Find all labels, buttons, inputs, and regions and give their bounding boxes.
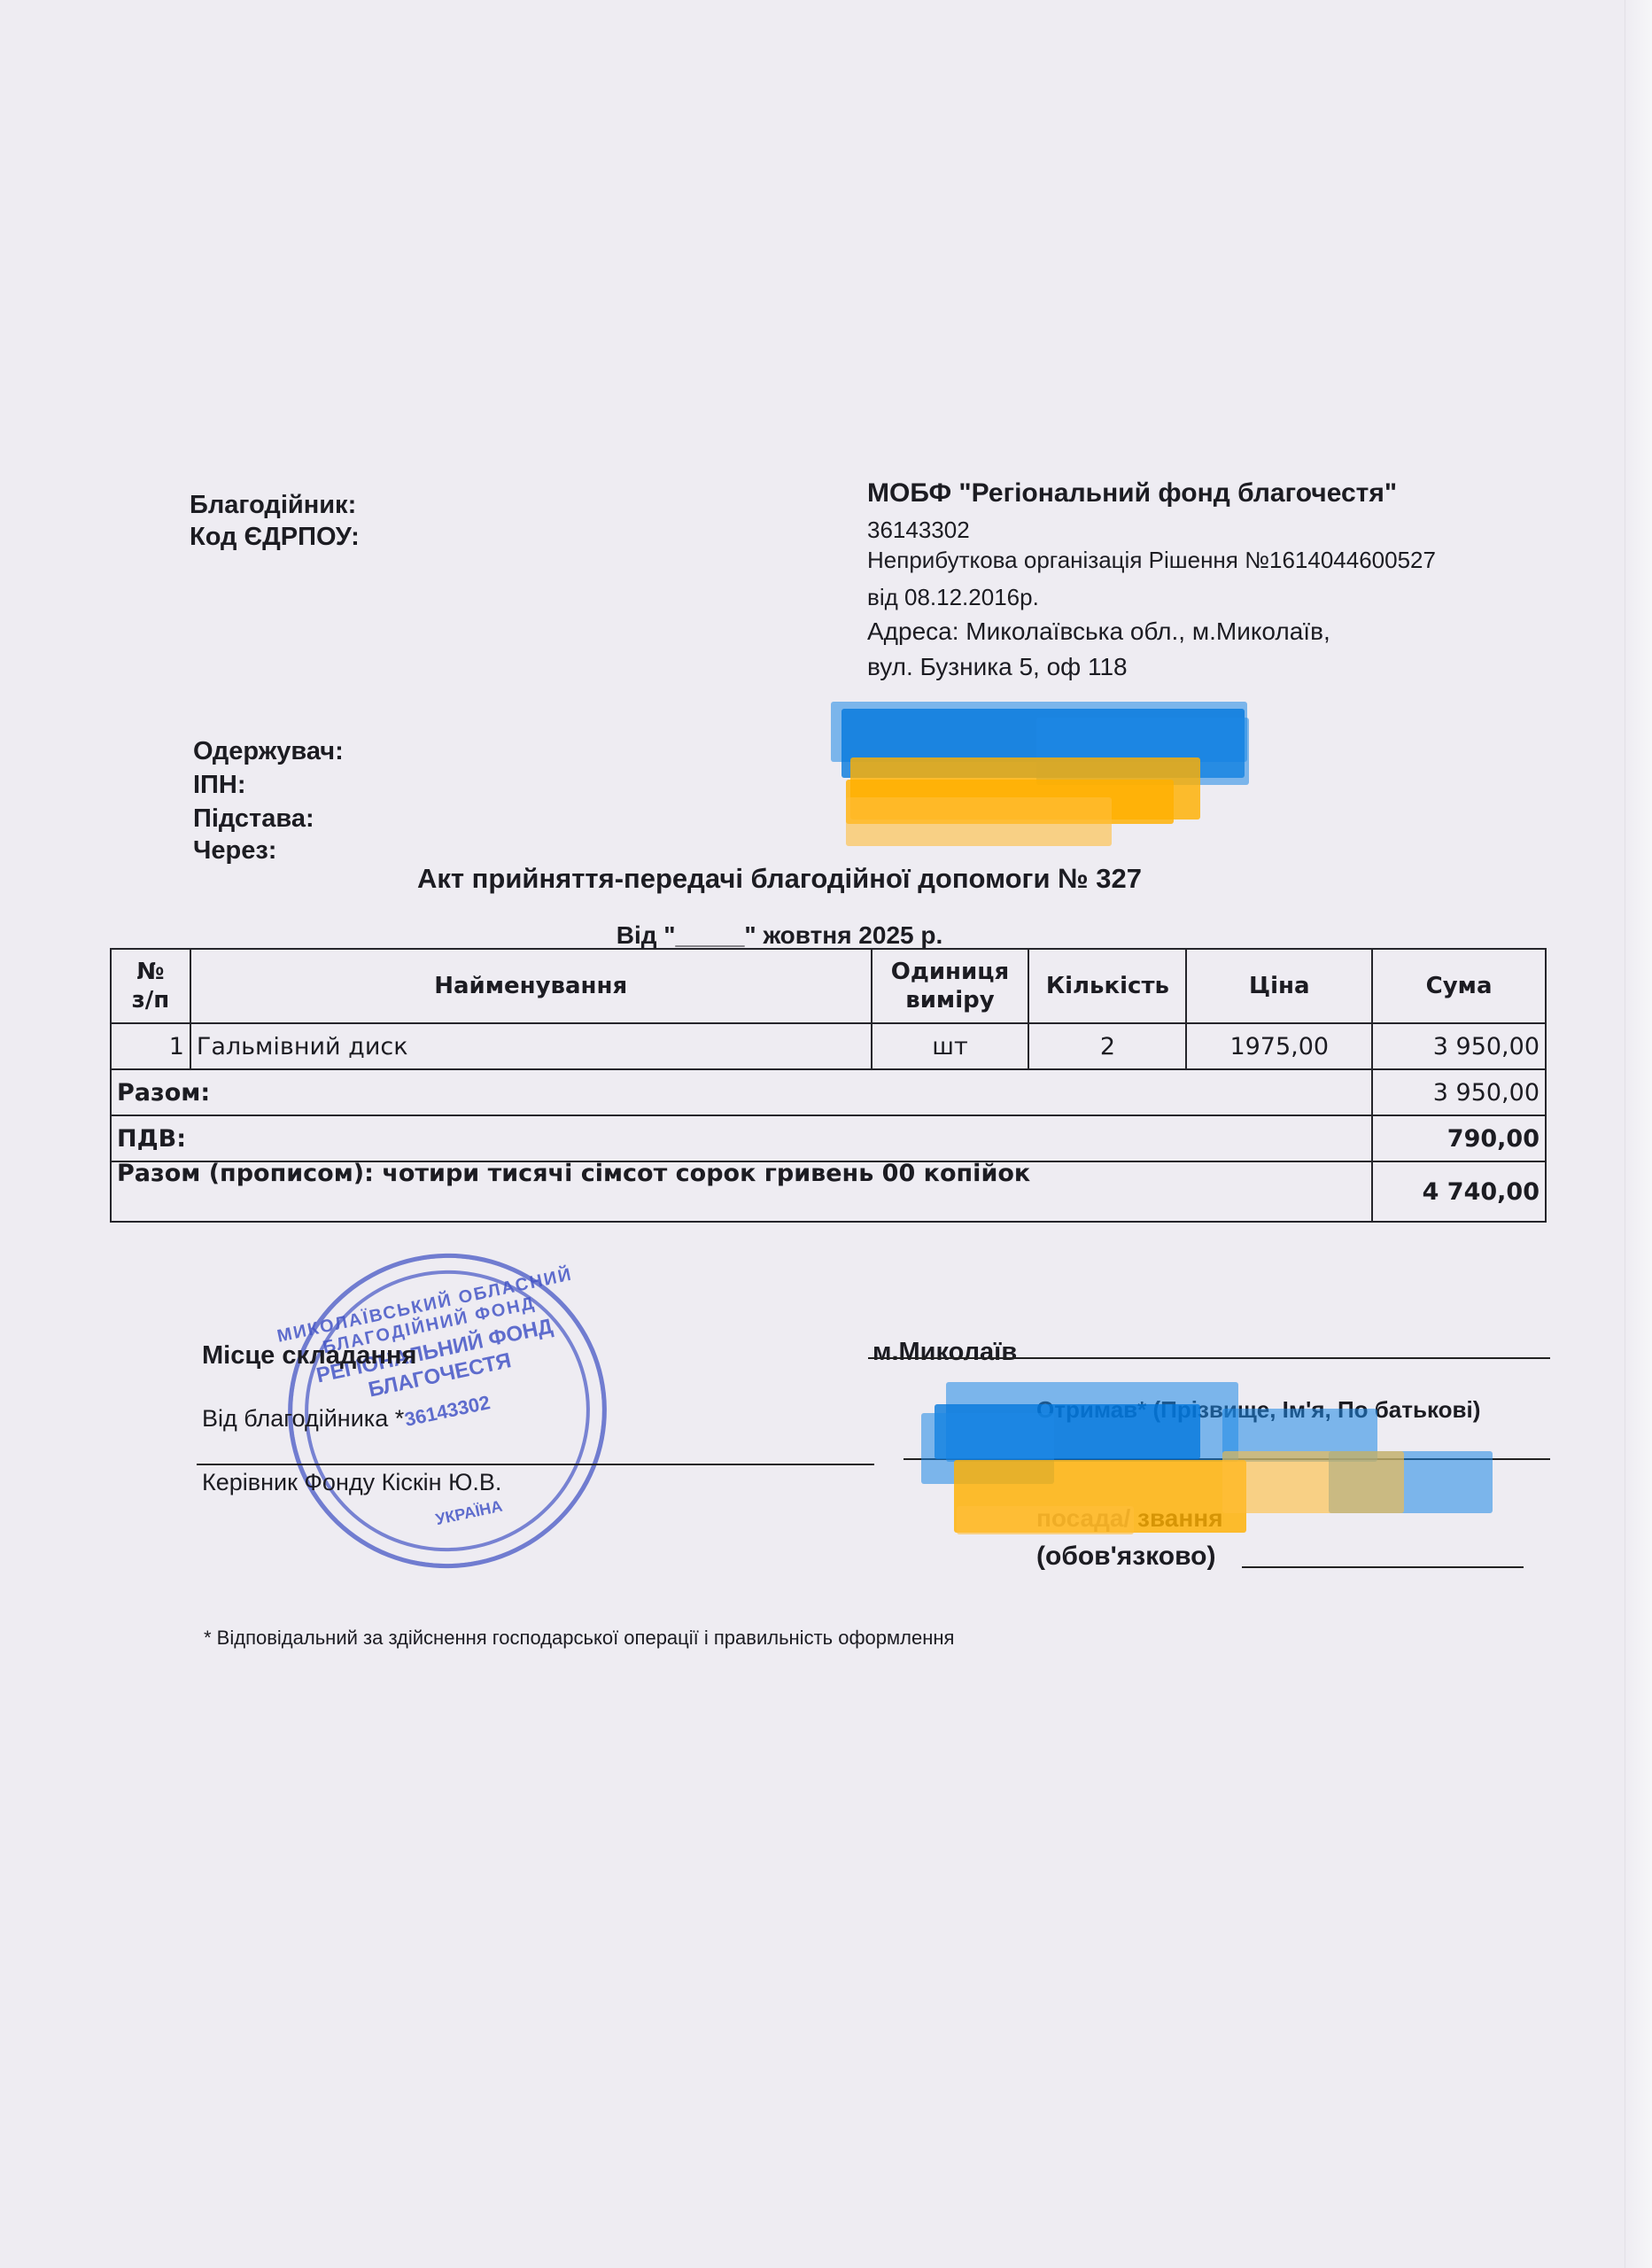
col-unit-line1: Одиниця: [878, 958, 1023, 986]
total-words: Разом (прописом): чотири тисячі сімсот с…: [111, 1161, 1372, 1222]
vat-row: ПДВ: 790,00: [111, 1115, 1546, 1161]
basis-label: Підстава:: [193, 803, 314, 835]
act-date: Від "_____" жовтня 2025 р.: [0, 921, 1559, 950]
subtotal-value: 3 950,00: [1372, 1069, 1546, 1115]
redaction-mark: [846, 797, 1112, 846]
cell-sum: 3 950,00: [1372, 1023, 1546, 1069]
cell-no: 1: [111, 1023, 190, 1069]
col-no-line1: №: [117, 958, 184, 986]
place-label: Місце складання: [202, 1340, 416, 1371]
act-title: Акт прийняття-передачі благодійної допом…: [0, 863, 1559, 895]
via-label: Через:: [193, 835, 276, 866]
fund-head-name: Керівник Фонду Кіскін Ю.В.: [202, 1469, 501, 1496]
address-line-1: Адреса: Миколаївська обл., м.Миколаїв,: [867, 615, 1330, 649]
col-header-qty: Кількість: [1028, 949, 1186, 1023]
address-line-2: вул. Бузника 5, оф 118: [867, 650, 1128, 684]
cell-name: Гальмівний диск: [190, 1023, 872, 1069]
benefactor-label: Благодійник:: [190, 489, 356, 521]
from-benefactor-label: Від благодійника *: [202, 1405, 404, 1433]
col-header-price: Ціна: [1186, 949, 1372, 1023]
benefactor-signature-line: [197, 1464, 874, 1465]
total-value: 4 740,00: [1372, 1161, 1546, 1222]
items-table: № з/п Найменування Одиниця виміру Кількі…: [110, 948, 1547, 1223]
col-header-sum: Сума: [1372, 949, 1546, 1023]
cell-qty: 2: [1028, 1023, 1186, 1069]
table-row: 1 Гальмівний диск шт 2 1975,00 3 950,00: [111, 1023, 1546, 1069]
vat-value: 790,00: [1372, 1115, 1546, 1161]
nonprofit-status: Неприбуткова організація Рішення №161404…: [867, 544, 1436, 576]
mandatory-label: (обов'язково): [1036, 1542, 1215, 1572]
page-edge: [1625, 0, 1652, 2268]
footnote: * Відповідальний за здійснення господарс…: [204, 1627, 954, 1650]
total-row: Разом (прописом): чотири тисячі сімсот с…: [111, 1161, 1546, 1222]
status-date: від 08.12.2016р.: [867, 581, 1039, 613]
org-name: МОБФ "Регіональний фонд благочестя": [867, 478, 1397, 509]
col-header-no: № з/п: [111, 949, 190, 1023]
subtotal-label: Разом:: [111, 1069, 1372, 1115]
col-header-name: Найменування: [190, 949, 872, 1023]
vat-label: ПДВ:: [111, 1115, 1372, 1161]
cell-price: 1975,00: [1186, 1023, 1372, 1069]
edrpou-value: 36143302: [867, 514, 970, 546]
col-header-unit: Одиниця виміру: [872, 949, 1029, 1023]
col-unit-line2: виміру: [878, 986, 1023, 1014]
col-no-line2: з/п: [117, 986, 184, 1014]
redaction-mark: [957, 1506, 1134, 1534]
edrpou-label: Код ЄДРПОУ:: [190, 521, 360, 553]
table-header-row: № з/п Найменування Одиниця виміру Кількі…: [111, 949, 1546, 1023]
cell-unit: шт: [872, 1023, 1029, 1069]
redaction-mark: [1222, 1451, 1404, 1513]
subtotal-row: Разом: 3 950,00: [111, 1069, 1546, 1115]
ipn-label: ІПН:: [193, 769, 246, 801]
position-underline: [1242, 1566, 1524, 1568]
recipient-label: Одержувач:: [193, 735, 344, 767]
place-underline: [868, 1357, 1550, 1359]
place-value: м.Миколаїв: [873, 1336, 1017, 1368]
